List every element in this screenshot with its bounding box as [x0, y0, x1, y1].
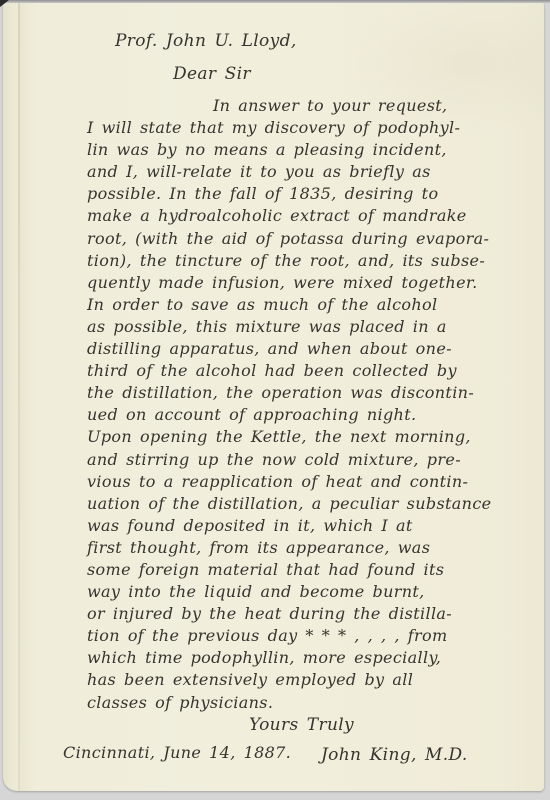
letter-line: tion), the tincture of the root, and, it…: [87, 250, 514, 272]
letter-line: the distillation, the operation was disc…: [87, 382, 514, 404]
letter-line: I will state that my discovery of podoph…: [87, 117, 514, 139]
letter-line: or injured by the heat during the distil…: [87, 603, 514, 625]
letter-line: and stirring up the now cold mixture, pr…: [87, 449, 514, 471]
letter-line: vious to a reapplication of heat and con…: [87, 471, 514, 493]
letter-line: first thought, from its appearance, was: [87, 537, 514, 559]
scan-top-edge: [0, 0, 550, 3]
letter-line: quently made infusion, were mixed togeth…: [87, 272, 514, 294]
scan-corner-artifact: [0, 0, 9, 7]
letter-line: possible. In the fall of 1835, desiring …: [87, 183, 514, 205]
letter-place-date: Cincinnati, June 14, 1887.: [63, 743, 291, 762]
letter-line: some foreign material that had found its: [87, 559, 514, 581]
letter-line: In answer to your request,: [87, 95, 514, 117]
letter-line: In order to save as much of the alcohol: [87, 294, 514, 316]
letter-line: Upon opening the Kettle, the next mornin…: [87, 426, 514, 448]
letter-body: In answer to your request, I will state …: [87, 95, 514, 714]
letter-line: uation of the distillation, a peculiar s…: [87, 493, 514, 515]
letter-closing: Yours Truly: [249, 715, 354, 735]
scanned-letter-screenshot: { "colors": { "paper": "#f0eddb", "ink":…: [0, 0, 550, 800]
letter-line: has been extensively employed by all: [87, 669, 514, 691]
letter-line: ued on account of approaching night.: [87, 404, 514, 426]
letter-line: distilling apparatus, and when about one…: [87, 338, 514, 360]
letter-line: way into the liquid and become burnt,: [87, 581, 514, 603]
letter-line: which time podophyllin, more especially,: [87, 647, 514, 669]
letter-page: Prof. John U. Lloyd, Dear Sir In answer …: [3, 3, 544, 791]
letter-line: lin was by no means a pleasing incident,: [87, 139, 514, 161]
letter-line: and I, will-relate it to you as briefly …: [87, 161, 514, 183]
letter-line: was found deposited in it, which I at: [87, 515, 514, 537]
letter-line: classes of physicians.: [87, 692, 514, 714]
letter-line: as possible, this mixture was placed in …: [87, 316, 514, 338]
paper-crease: [18, 3, 20, 791]
letter-line: root, (with the aid of potassa during ev…: [87, 228, 514, 250]
letter-line: third of the alcohol had been collected …: [87, 360, 514, 382]
letter-signature: John King, M.D.: [321, 745, 468, 765]
letter-salutation: Dear Sir: [173, 64, 251, 84]
letter-recipient: Prof. John U. Lloyd,: [115, 31, 297, 51]
letter-line: tion of the previous day * * * , , , , f…: [87, 625, 514, 647]
letter-line: make a hydroalcoholic extract of mandrak…: [87, 205, 514, 227]
